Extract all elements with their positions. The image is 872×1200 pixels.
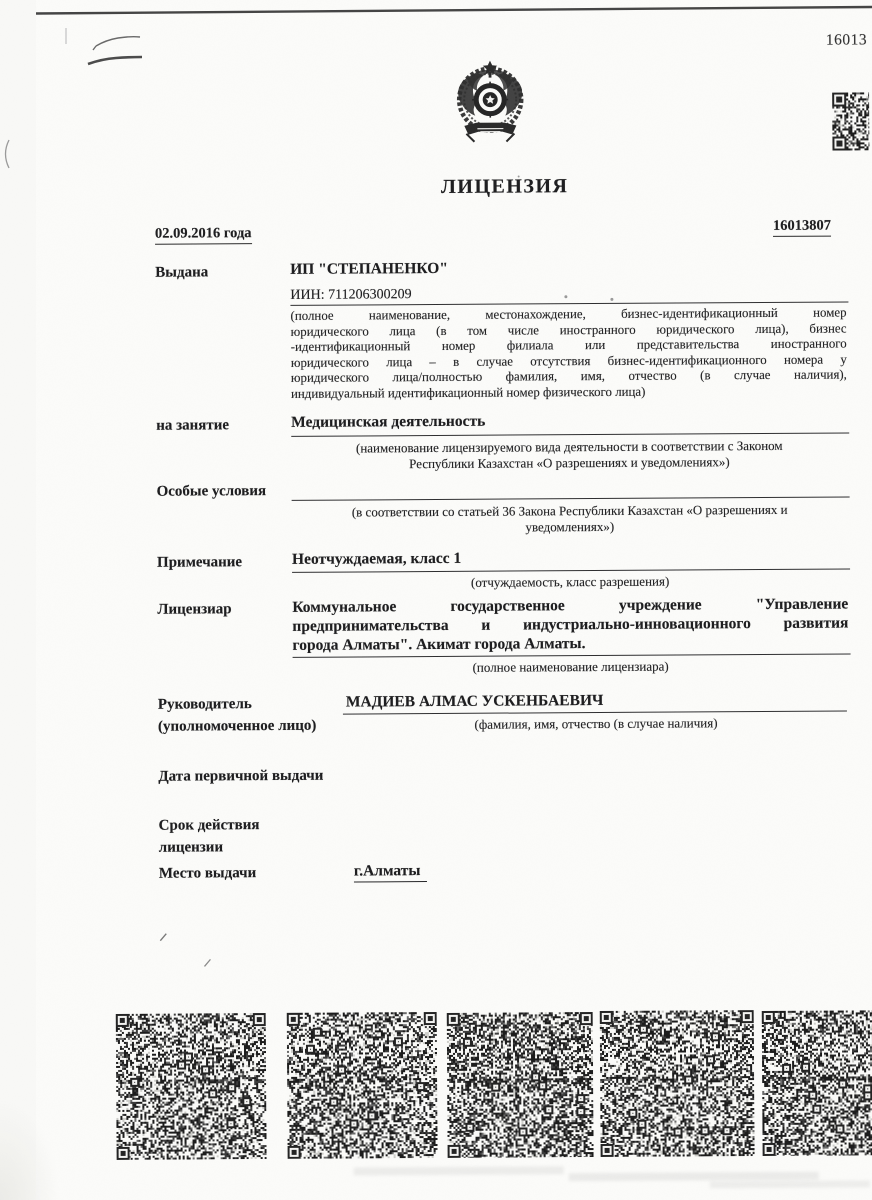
security-pattern-block — [447, 1012, 594, 1158]
bleed-through-ghost — [354, 1166, 564, 1175]
scan-speck — [610, 298, 613, 301]
field-label-issued-to: Выдана — [155, 264, 208, 281]
licensor-caption: (полное наименование лицензиара) — [293, 657, 849, 676]
security-pattern-block — [600, 1010, 755, 1157]
activity-caption: (наименование лицензируемого вида деятел… — [291, 437, 847, 471]
document-content: 16013 — [0, 0, 872, 1200]
field-label-validity-2: лицензии — [159, 839, 223, 856]
issued-to-name: ИП "СТЕПАНЕНКО" — [290, 260, 448, 279]
note-caption: (отчуждаемость, класс разрешения) — [292, 572, 848, 591]
kazakhstan-coat-of-arms-icon — [444, 59, 537, 151]
issued-to-caption: (полное наименование, местонахождение, б… — [290, 305, 847, 402]
bleed-through-ghost — [710, 1180, 870, 1188]
head-caption: (фамилия, имя, отчество (в случае наличи… — [346, 714, 846, 733]
field-label-first-issue-date: Дата первичной выдачи — [158, 768, 323, 786]
field-label-special-conditions: Особые условия — [157, 483, 267, 501]
scanned-license-document: 16013 — [0, 0, 872, 1200]
activity-value: Медицинская деятельность — [291, 413, 485, 432]
issue-date: 02.09.2016 года — [155, 225, 252, 245]
scan-speck — [518, 175, 520, 177]
scan-speck — [564, 295, 567, 298]
pen-tick-marks — [152, 926, 222, 976]
field-label-head-2: (уполномоченное лицо) — [158, 718, 316, 736]
issue-place-value: г.Алматы — [354, 862, 427, 882]
underline — [292, 496, 850, 500]
field-label-head: Руководитель — [158, 696, 252, 714]
license-number: 16013807 — [773, 218, 831, 237]
field-label-issue-place: Место выдачи — [159, 865, 256, 883]
field-label-licensor: Лицензиар — [157, 601, 231, 618]
field-label-note: Примечание — [157, 554, 242, 572]
page-corner-number: 16013 — [826, 31, 868, 49]
licensor-value: Коммунальное государственное учреждение … — [292, 594, 848, 654]
head-value: МАДИЕВ АЛМАС УСКЕНБАЕВИЧ — [346, 692, 604, 712]
bleed-through-ghost — [569, 1172, 819, 1182]
qr-code — [832, 92, 869, 150]
security-pattern-block — [762, 1010, 872, 1156]
field-label-validity: Срок действия — [159, 817, 260, 835]
underline — [291, 432, 849, 436]
security-pattern-block — [116, 1013, 267, 1160]
security-pattern-block — [287, 1012, 438, 1159]
field-label-activity: на занятие — [156, 417, 229, 434]
issued-to-iin: ИИН: 711206300209 — [290, 287, 411, 304]
special-conditions-caption: (в соответствии со статьей 36 Закона Рес… — [292, 501, 848, 535]
document-title: ЛИЦЕНЗИЯ — [375, 175, 635, 200]
note-value: Неотчуждаемая, класс 1 — [292, 550, 461, 569]
